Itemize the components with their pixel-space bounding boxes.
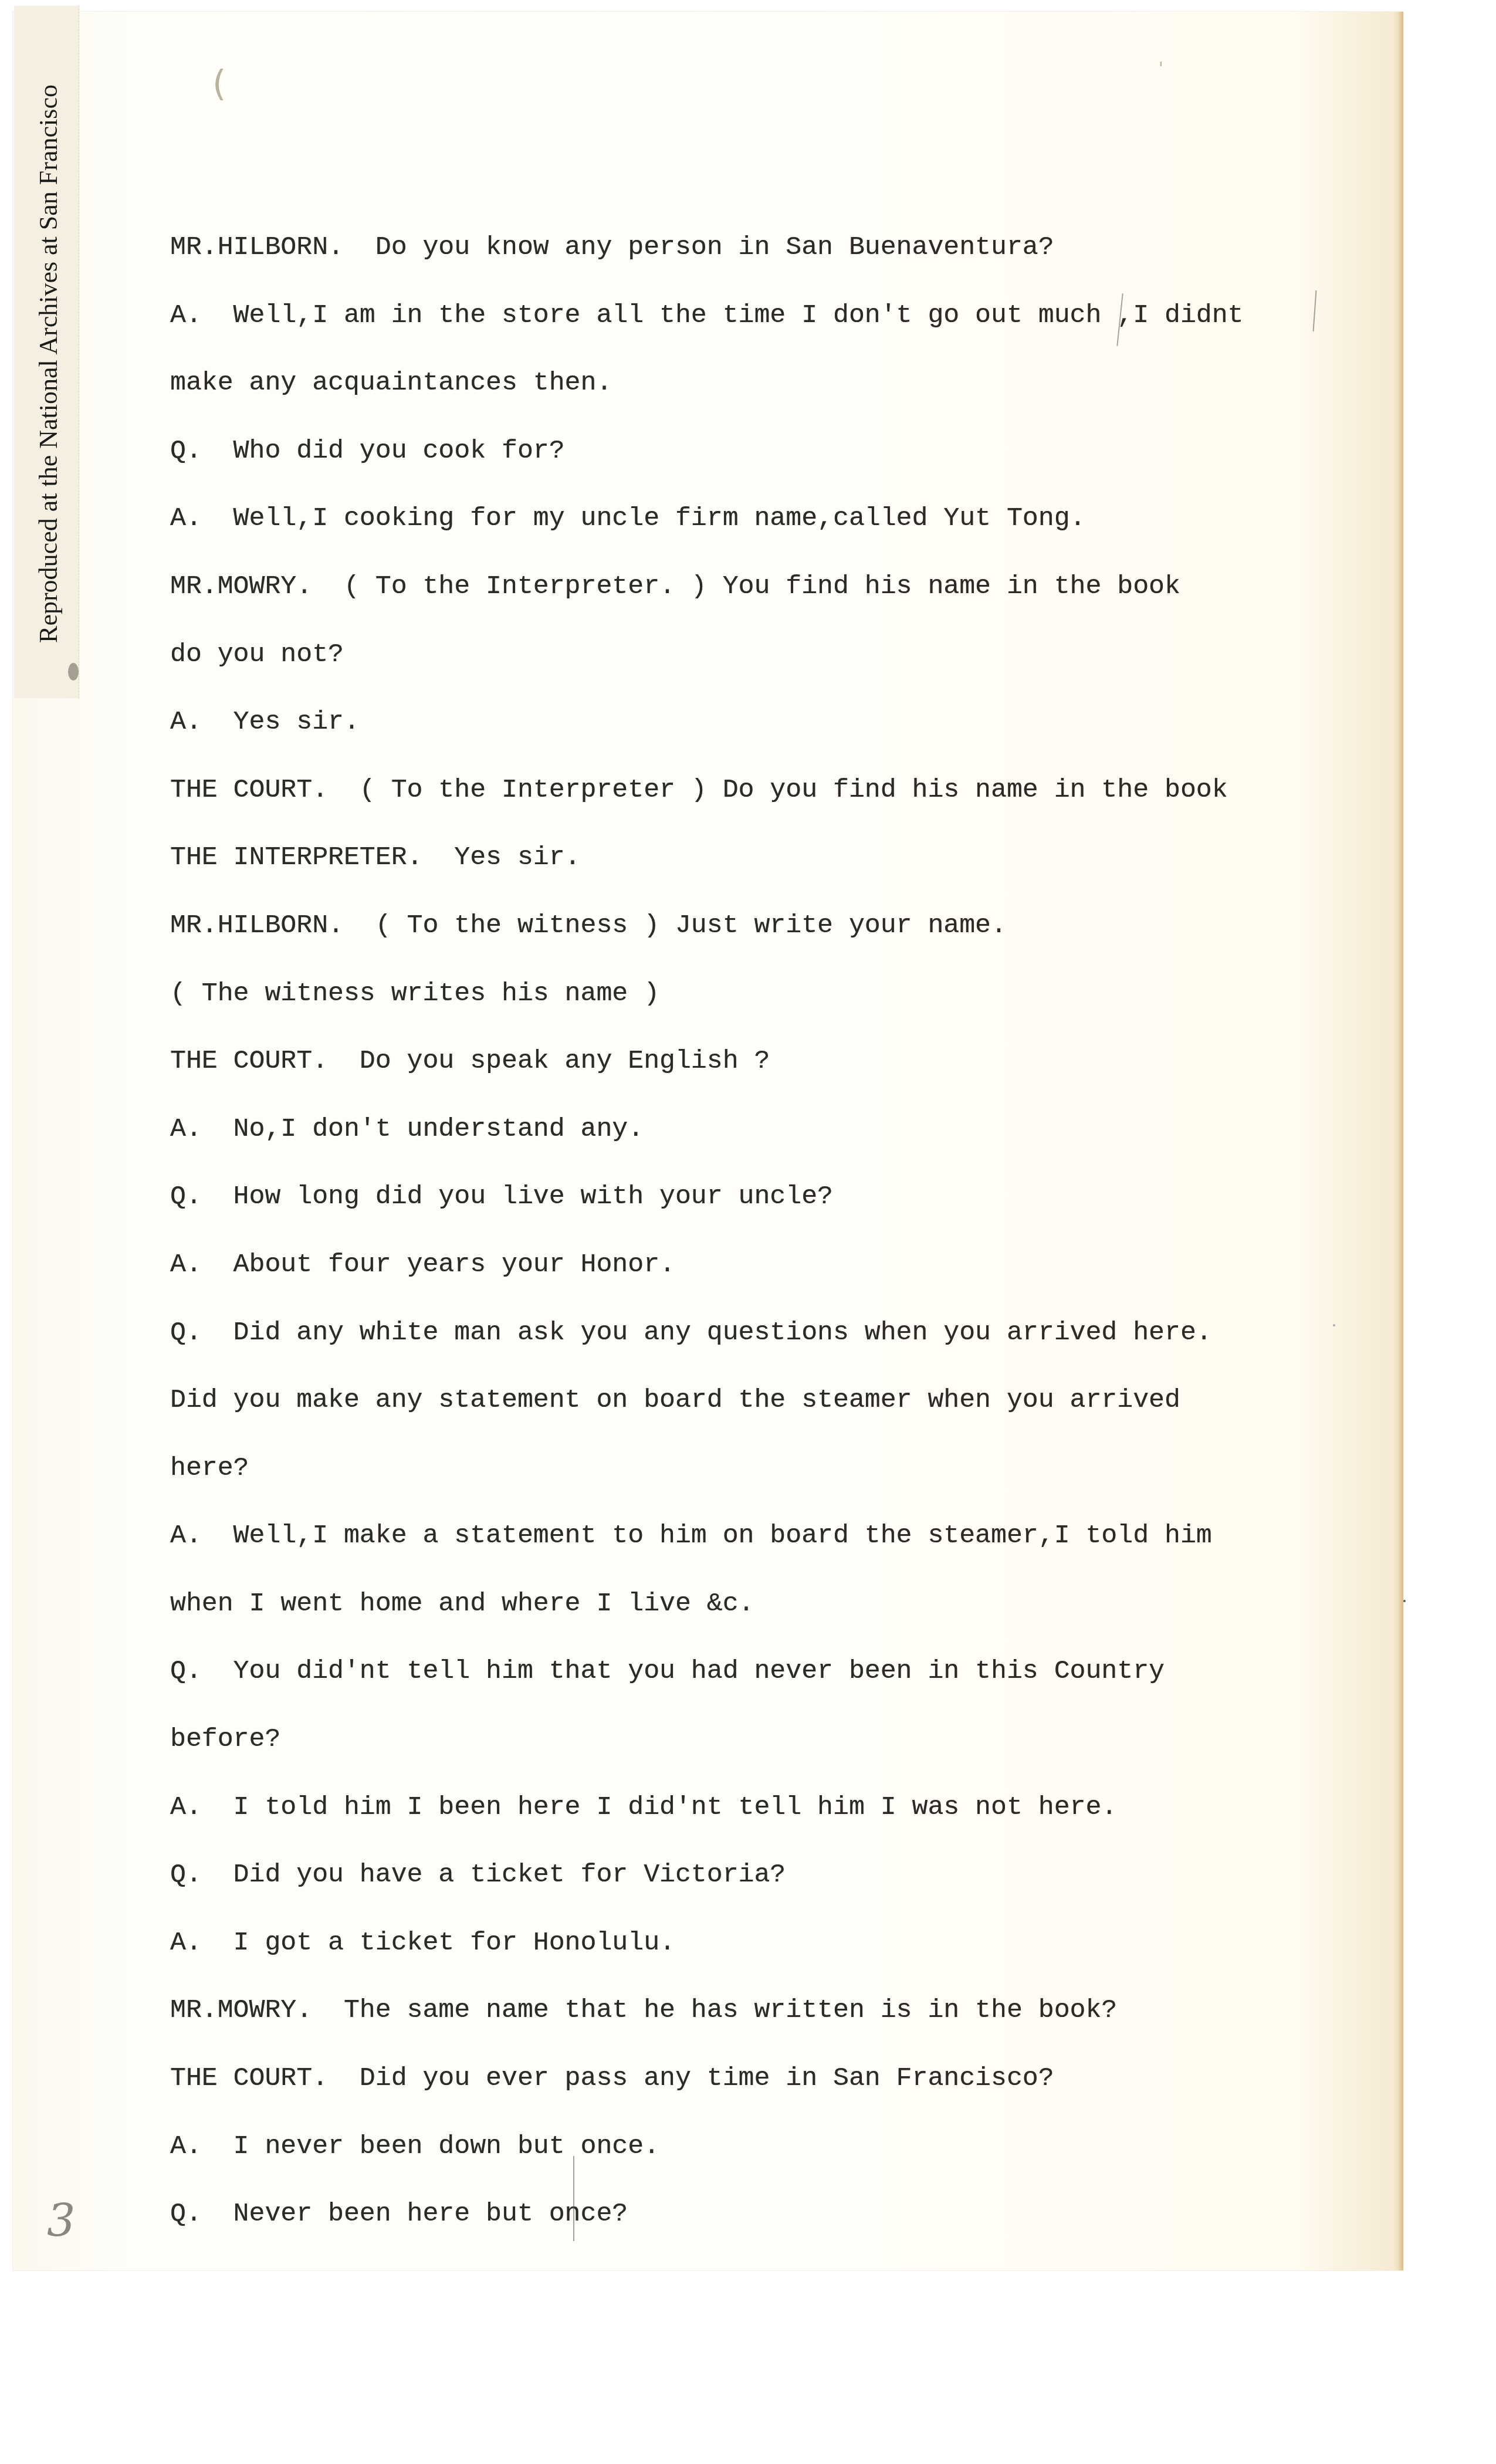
transcript-line: A. Well,I make a statement to him on boa… <box>170 1518 1244 1586</box>
transcript-line: MR.HILBORN. Do you know any person in Sa… <box>170 230 1244 298</box>
ink-blot <box>68 663 79 681</box>
transcript-line: MR.HILBORN. ( To the witness ) Just writ… <box>170 908 1244 976</box>
stray-bracket-mark: ( <box>212 63 226 104</box>
transcript-line: Q. Who did you cook for? <box>170 434 1244 502</box>
transcript-line: MR.MOWRY. The same name that he has writ… <box>170 1993 1244 2061</box>
archive-stamp-text: Reproduced at the National Archives at S… <box>33 84 63 643</box>
transcript-line: Did you make any statement on board the … <box>170 1383 1244 1451</box>
transcript-line: here? <box>170 1451 1244 1519</box>
transcript-line: A. I never been down but once. <box>170 2129 1244 2197</box>
transcript: MR.HILBORN. Do you know any person in Sa… <box>170 230 1244 2265</box>
transcript-line: ( The witness writes his name ) <box>170 976 1244 1044</box>
transcript-line: make any acquaintances then. <box>170 365 1244 434</box>
transcript-line: MR.MOWRY. ( To the Interpreter. ) You fi… <box>170 569 1244 637</box>
transcript-line: A. Well,I cooking for my uncle firm name… <box>170 501 1244 569</box>
transcript-line: Q. Never been here but once? <box>170 2196 1244 2265</box>
transcript-line: before? <box>170 1722 1244 1790</box>
transcript-line: Q. Did any white man ask you any questio… <box>170 1315 1244 1383</box>
transcript-line: do you not? <box>170 637 1244 705</box>
transcript-line: A. I got a ticket for Honolulu. <box>170 1925 1244 1993</box>
stray-tick-mark: ' <box>1159 59 1163 78</box>
transcript-line: A. No,I don't understand any. <box>170 1112 1244 1180</box>
transcript-line: when I went home and where I live &c. <box>170 1586 1244 1654</box>
transcript-line: A. Yes sir. <box>170 705 1244 773</box>
transcript-line: THE INTERPRETER. Yes sir. <box>170 840 1244 908</box>
speck-mark <box>1333 1324 1335 1326</box>
pencil-correction-mark <box>573 2156 574 2241</box>
transcript-line: A. Well,I am in the store all the time I… <box>170 298 1244 366</box>
transcript-line: THE COURT. Did you ever pass any time in… <box>170 2061 1244 2129</box>
transcript-line: Q. You did'nt tell him that you had neve… <box>170 1654 1244 1722</box>
transcript-line: Q. How long did you live with your uncle… <box>170 1179 1244 1247</box>
transcript-line: Q. Did you have a ticket for Victoria? <box>170 1857 1244 1925</box>
page-number: 3 <box>47 2194 75 2246</box>
transcript-line: A. I told him I been here I did'nt tell … <box>170 1790 1244 1858</box>
transcript-line: THE COURT. ( To the Interpreter ) Do you… <box>170 773 1244 841</box>
transcript-line: THE COURT. Do you speak any English ? <box>170 1044 1244 1112</box>
speck-mark <box>1403 1600 1406 1602</box>
transcript-line: A. About four years your Honor. <box>170 1247 1244 1315</box>
